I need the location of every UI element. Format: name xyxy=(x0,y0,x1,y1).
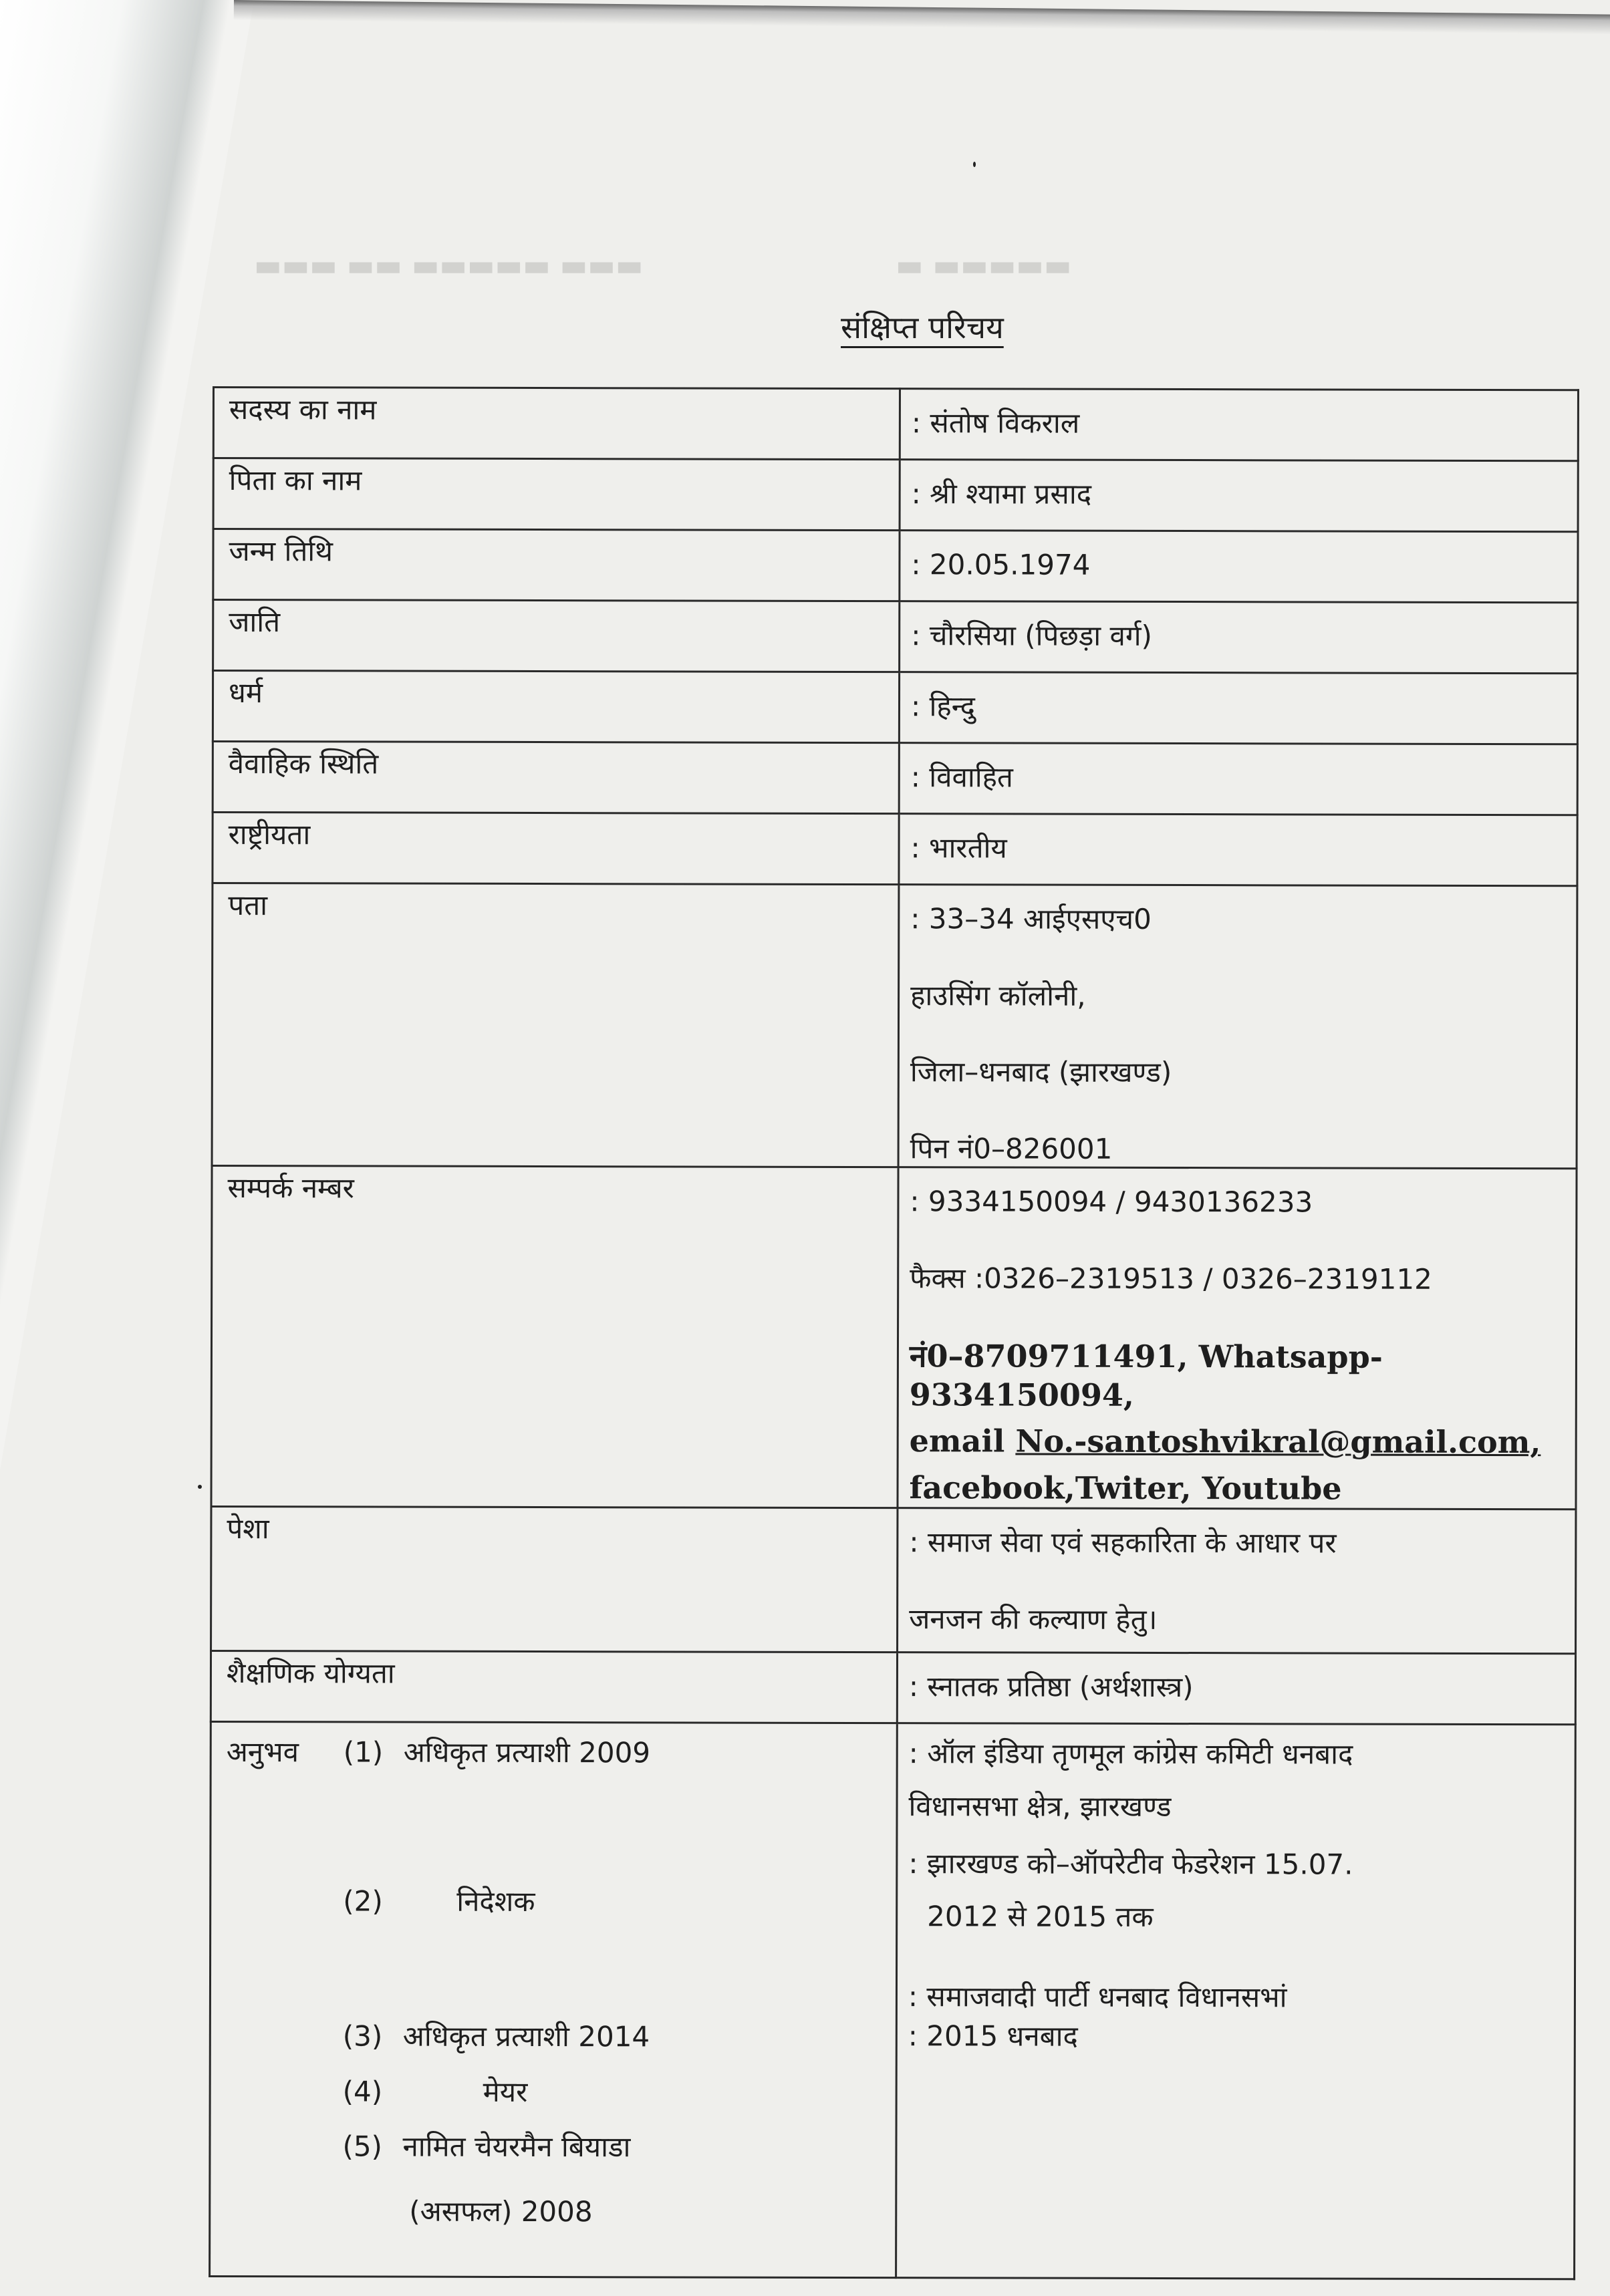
experience-label: अनुभव xyxy=(227,1735,344,1770)
experience-detail-line: 2012 से 2015 तक xyxy=(908,1899,1563,1936)
value-line: : 33–34 आईएसएच0 xyxy=(910,901,1565,938)
email-address[interactable]: No.-santoshvikral@gmail.com, xyxy=(1015,1423,1540,1461)
field-label: पेशा xyxy=(211,1506,898,1652)
field-value: : चौरसिया (पिछड़ा वर्ग) xyxy=(900,601,1578,674)
experience-item: (5)नामित चेयरमैन बियाडा xyxy=(225,2129,880,2166)
value-line: : हिन्दु xyxy=(911,689,1566,726)
table-row: जाति: चौरसिया (पिछड़ा वर्ग) xyxy=(213,600,1578,674)
page-top-shadow xyxy=(234,0,1610,35)
table-row: सम्पर्क नम्बर: 9334150094 / 9430136233फै… xyxy=(211,1166,1577,1510)
field-value: : विवाहित xyxy=(899,743,1577,815)
experience-number: (3) xyxy=(343,2019,403,2054)
experience-detail-line: : ऑल इंडिया तृणमूल कांग्रेस कमिटी धनबाद xyxy=(909,1736,1564,1773)
field-value: : 33–34 आईएसएच0हाउसिंग कॉलोनी,जिला–धनबाद… xyxy=(898,885,1577,1169)
experience-role: अधिकृत प्रत्याशी 2014 xyxy=(403,2020,650,2053)
value-line: : 20.05.1974 xyxy=(911,547,1566,584)
field-value: : 20.05.1974 xyxy=(900,531,1578,603)
social-media-line: facebook,Twiter, Youtube xyxy=(909,1469,1564,1509)
experience-role: अधिकृत प्रत्याशी 2009 xyxy=(404,1736,650,1769)
value-line: फैक्स :0326–2319513 / 0326–2319112 xyxy=(910,1261,1565,1298)
experience-roles: अनुभव(1)अधिकृत प्रत्याशी 2009(2)निदेशक(3… xyxy=(210,1721,898,2277)
experience-detail-line: विधानसभा क्षेत्र, झारखण्ड xyxy=(908,1789,1563,1826)
field-value: : संतोष विकराल xyxy=(900,389,1578,461)
field-value: : भारतीय xyxy=(899,814,1577,886)
profile-table: सदस्य का नाम: संतोष विकरालपिता का नाम: श… xyxy=(209,386,1579,2280)
table-row: शैक्षणिक योग्यता: स्नातक प्रतिष्ठा (अर्थ… xyxy=(211,1651,1575,1724)
table-row: राष्ट्रीयता: भारतीय xyxy=(213,813,1577,886)
value-line: जनजन की कल्याण हेतु। xyxy=(909,1602,1564,1638)
table-row: धर्म: हिन्दु xyxy=(213,671,1577,744)
value-line: : समाज सेवा एवं सहकारिता के आधार पर xyxy=(909,1525,1564,1562)
value-line: : भारतीय xyxy=(910,831,1565,867)
experience-item: अनुभव(1)अधिकृत प्रत्याशी 2009 xyxy=(227,1735,882,1771)
value-line: पिन नं0–826001 xyxy=(910,1131,1565,1168)
experience-role: मेयर xyxy=(483,2075,528,2108)
table-row: वैवाहिक स्थिति: विवाहित xyxy=(213,742,1577,815)
field-value: : 9334150094 / 9430136233फैक्स :0326–231… xyxy=(898,1167,1577,1510)
table-row-experience: अनुभव(1)अधिकृत प्रत्याशी 2009(2)निदेशक(3… xyxy=(210,1721,1576,2279)
value-line: : श्री श्यामा प्रसाद xyxy=(912,476,1567,513)
field-label: वैवाहिक स्थिति xyxy=(213,742,899,814)
experience-item: (4)मेयर xyxy=(226,2074,881,2111)
experience-detail-line: : 2015 धनबाद xyxy=(908,2019,1563,2055)
mobile-number: नं0–8709711491, xyxy=(910,1338,1188,1375)
bleed-through-text: ▬ ▬▬▬▬▬ xyxy=(896,249,1071,283)
field-label: जन्म तिथि xyxy=(213,529,900,601)
field-label: धर्म xyxy=(213,671,899,743)
mobile-whatsapp-line: नं0–8709711491, Whatsapp-9334150094, xyxy=(910,1337,1565,1415)
value-line: : चौरसिया (पिछड़ा वर्ग) xyxy=(911,618,1566,655)
table-row: पता: 33–34 आईएसएच0हाउसिंग कॉलोनी,जिला–धन… xyxy=(212,883,1577,1169)
value-line: : विवाहित xyxy=(911,760,1566,797)
field-label: शैक्षणिक योग्यता xyxy=(211,1651,897,1723)
field-label: पिता का नाम xyxy=(213,458,900,531)
experience-role-continued: (असफल) 2008 xyxy=(409,2194,880,2230)
field-label: सम्पर्क नम्बर xyxy=(211,1166,898,1508)
value-line: जिला–धनबाद (झारखण्ड) xyxy=(910,1054,1565,1091)
experience-role: निदेशक xyxy=(456,1884,535,1917)
experience-role: नामित चेयरमैन बियाडा xyxy=(402,2130,630,2164)
experience-details: : ऑल इंडिया तृणमूल कांग्रेस कमिटी धनबादव… xyxy=(896,1723,1576,2279)
email-prefix: email xyxy=(910,1423,1005,1459)
experience-number: (5) xyxy=(342,2129,402,2164)
bleed-through-text: ▬▬▬ ▬▬ ▬▬▬▬▬ ▬▬▬ xyxy=(254,249,643,283)
experience-number: (1) xyxy=(344,1735,404,1770)
value-line: : संतोष विकराल xyxy=(912,406,1567,442)
experience-detail-line: : झारखण्ड को–ऑपरेटीव फेडरेशन 15.07. xyxy=(908,1846,1563,1883)
experience-number: (4) xyxy=(343,2074,403,2110)
table-row: जन्म तिथि: 20.05.1974 xyxy=(213,529,1578,603)
experience-detail-line: : समाजवादी पार्टी धनबाद विधानसभां xyxy=(908,1979,1563,2016)
experience-item: (2)निदेशक xyxy=(226,1884,881,1920)
table-row: पिता का नाम: श्री श्यामा प्रसाद xyxy=(213,458,1578,532)
field-value: : हिन्दु xyxy=(899,672,1577,744)
field-value: : स्नातक प्रतिष्ठा (अर्थशास्त्र) xyxy=(897,1653,1575,1725)
table-row: पेशा: समाज सेवा एवं सहकारिता के आधार परज… xyxy=(211,1506,1576,1653)
value-line: हाउसिंग कॉलोनी, xyxy=(910,978,1565,1015)
field-label: पता xyxy=(212,883,899,1167)
experience-number: (2) xyxy=(343,1884,403,1919)
value-line: : 9334150094 / 9430136233 xyxy=(910,1184,1565,1221)
table-row: सदस्य का नाम: संतोष विकराल xyxy=(213,388,1578,461)
field-label: राष्ट्रीयता xyxy=(213,813,899,885)
document-title: संक्षिप्त परिचय xyxy=(841,306,1004,347)
field-label: जाति xyxy=(213,600,900,672)
field-value: : समाज सेवा एवं सहकारिता के आधार परजनजन … xyxy=(898,1508,1576,1654)
scan-speck xyxy=(198,1485,202,1489)
field-label: सदस्य का नाम xyxy=(213,388,900,460)
email-line: email No.-santoshvikral@gmail.com, xyxy=(910,1422,1565,1462)
experience-item: (3)अधिकृत प्रत्याशी 2014 xyxy=(226,2019,881,2055)
field-value: : श्री श्यामा प्रसाद xyxy=(900,460,1578,532)
scan-speck xyxy=(973,162,976,167)
value-line: : स्नातक प्रतिष्ठा (अर्थशास्त्र) xyxy=(909,1669,1564,1706)
